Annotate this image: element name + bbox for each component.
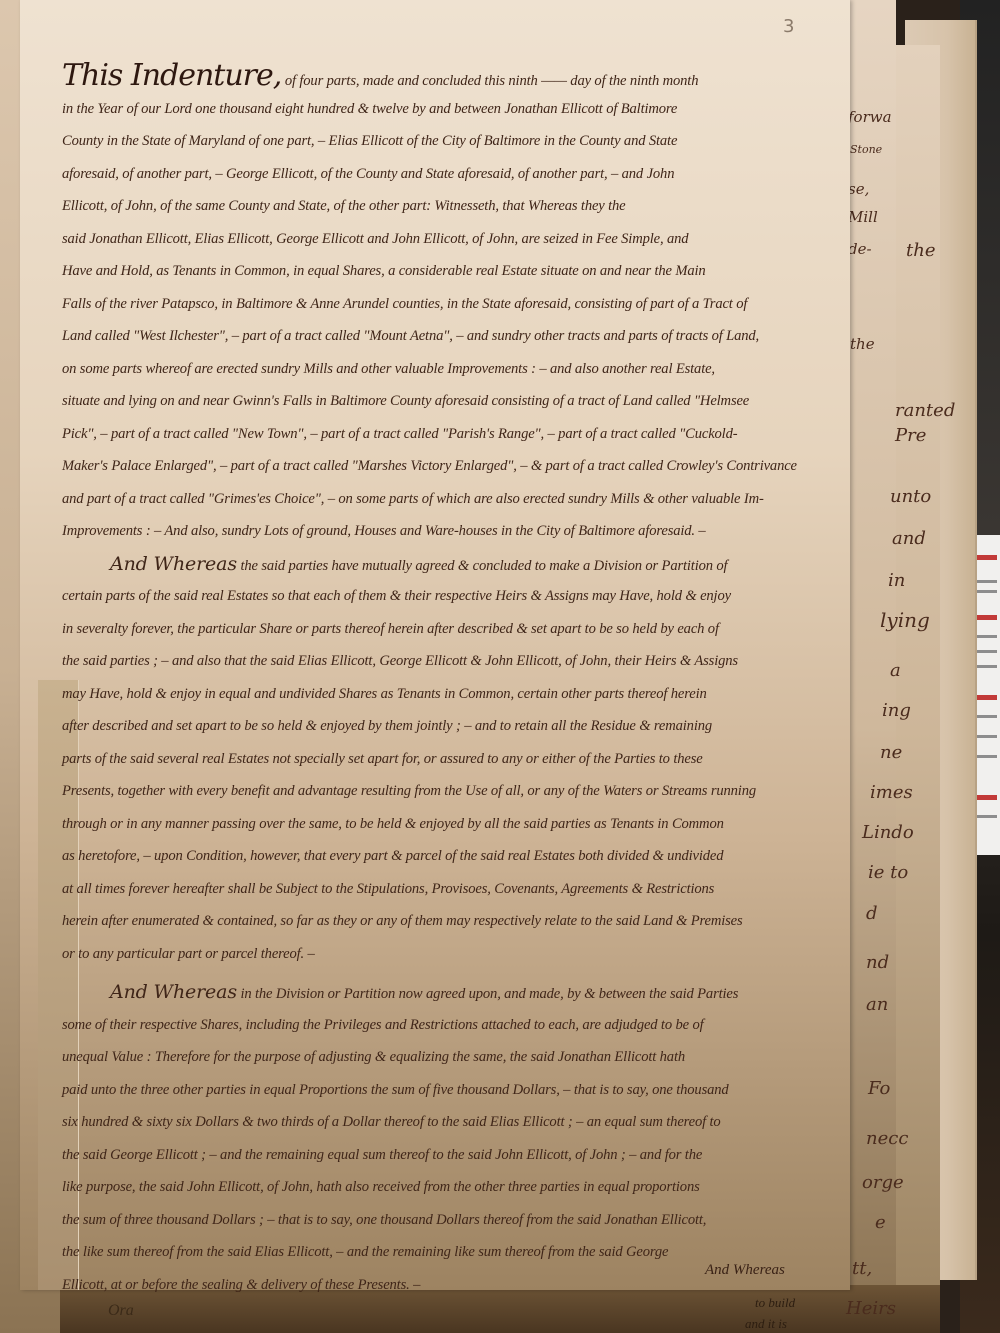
text-line: County in the State of Maryland of one p… (62, 125, 852, 158)
text-line: Improvements : – And also, sundry Lots o… (62, 515, 852, 548)
margin-fragment: Pre (895, 425, 926, 446)
text-line: some of their respective Shares, includi… (62, 1009, 852, 1042)
text-line: Presents, together with every benefit an… (62, 775, 852, 808)
text-line: the said parties ; – and also that the s… (62, 645, 852, 678)
text-line: in the Year of our Lord one thousand eig… (62, 93, 852, 126)
paragraph-heading: And Whereas (110, 981, 237, 1003)
text-line: after described and set apart to be so h… (62, 710, 852, 743)
underlying-sheet-1 (845, 0, 896, 1320)
margin-fragment: Fo (868, 1078, 890, 1099)
text-line: the said George Ellicott ; – and the rem… (62, 1139, 852, 1172)
text-line: And Whereas the said parties have mutual… (62, 548, 852, 581)
margin-fragment: e (875, 1212, 886, 1233)
margin-fragment: necc (866, 1128, 908, 1149)
text-line: as heretofore, – upon Condition, however… (62, 840, 852, 873)
margin-fragment: Stone (850, 143, 882, 156)
opening-heading: This Indenture, (62, 58, 281, 93)
margin-fragment: tt, (852, 1258, 872, 1279)
text-line: Land called "West Ilchester", – part of … (62, 320, 852, 353)
margin-fragment: lying (880, 608, 930, 632)
text-line: said Jonathan Ellicott, Elias Ellicott, … (62, 223, 852, 256)
margin-fragment: the (850, 335, 875, 353)
text-line: or to any particular part or parcel ther… (62, 938, 852, 971)
margin-fragment: Lindo (862, 822, 914, 843)
text-line: Maker's Palace Enlarged", – part of a tr… (62, 450, 852, 483)
text-line: certain parts of the said real Estates s… (62, 580, 852, 613)
margin-fragment: an (866, 994, 888, 1015)
margin-fragment: orge (862, 1172, 904, 1193)
text-line: through or in any manner passing over th… (62, 808, 852, 841)
margin-fragment: a (890, 660, 901, 681)
underlying-fragment: and it is (745, 1316, 787, 1332)
text-line: six hundred & sixty six Dollars & two th… (62, 1106, 852, 1139)
text-line: herein after enumerated & contained, so … (62, 905, 852, 938)
text-line: unequal Value : Therefore for the purpos… (62, 1041, 852, 1074)
underlying-fragment: to build (755, 1295, 795, 1311)
margin-fragment: ie to (868, 862, 908, 883)
text-line: aforesaid, of another part, – George Ell… (62, 158, 852, 191)
text-line: at all times forever hereafter shall be … (62, 873, 852, 906)
text-line: Ellicott, of John, of the same County an… (62, 190, 852, 223)
margin-fragment: Heirs (846, 1298, 896, 1319)
catchword: And Whereas (705, 1262, 785, 1279)
margin-fragment: ranted (895, 400, 955, 421)
margin-fragment: forwa (848, 108, 892, 126)
text-line: in severalty forever, the particular Sha… (62, 613, 852, 646)
margin-fragment: the (906, 240, 935, 261)
paragraph-heading: And Whereas (110, 553, 237, 575)
margin-fragment: ing (882, 700, 911, 721)
text-line: Pick", – part of a tract called "New Tow… (62, 418, 852, 451)
margin-fragment: and (892, 528, 926, 549)
margin-fragment: nd (866, 952, 889, 973)
text-line: and part of a tract called "Grimes'es Ch… (62, 483, 852, 516)
text-line: And Whereas in the Division or Partition… (62, 976, 852, 1009)
text-line: This Indenture, of four parts, made and … (62, 60, 852, 93)
text-line: situate and lying on and near Gwinn's Fa… (62, 385, 852, 418)
text-line: the sum of three thousand Dollars ; – th… (62, 1204, 852, 1237)
margin-fragment: in (888, 570, 905, 591)
page-number: 3 (783, 16, 794, 37)
margin-fragment: ne (880, 742, 902, 763)
text-line: Falls of the river Patapsco, in Baltimor… (62, 288, 852, 321)
margin-fragment: imes (870, 782, 913, 803)
underlying-fragment: Ora (108, 1302, 134, 1320)
text-line: like purpose, the said John Ellicott, of… (62, 1171, 852, 1204)
text-line: may Have, hold & enjoy in equal and undi… (62, 678, 852, 711)
text-line: paid unto the three other parties in equ… (62, 1074, 852, 1107)
text-line: on some parts whereof are erected sundry… (62, 353, 852, 386)
margin-fragment: unto (890, 486, 931, 507)
text-line: parts of the said several real Estates n… (62, 743, 852, 776)
margin-fragment: d (866, 903, 878, 924)
margin-fragment: Mill (848, 208, 878, 226)
text-line: Have and Hold, as Tenants in Common, in … (62, 255, 852, 288)
indenture-text: This Indenture, of four parts, made and … (62, 60, 852, 1301)
